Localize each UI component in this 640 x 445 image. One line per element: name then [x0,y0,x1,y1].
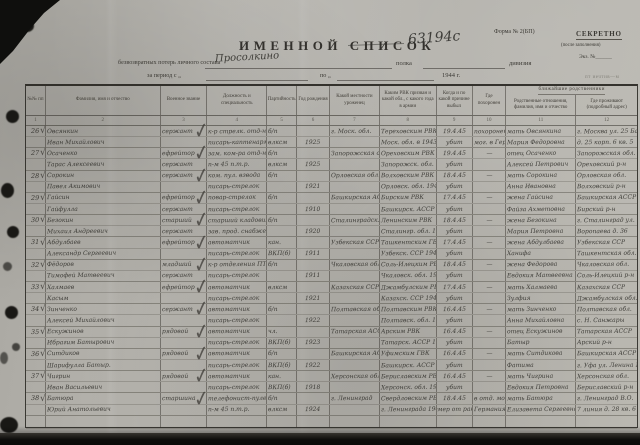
birthplace-cell [330,204,380,214]
birthplace-cell [330,226,380,236]
name-cell: Батюра [46,393,161,403]
handwritten-entry: влксм [268,139,287,146]
burial-cell: — [473,237,507,247]
handwritten-entry: Татарская АССР [577,328,632,336]
rvk-cell: Соль-Илецким РВК [380,260,437,270]
rvk-cell: Башкирск. АССР 1942 [380,204,437,214]
regiment-label: полка [396,60,412,67]
birthplace-cell [330,249,380,259]
header-loss-date: Когда и по какой причине выбыл [437,86,473,115]
handwritten-entry: Узбекская ССР [331,239,379,247]
birth-year-cell [297,349,330,359]
loss-date-cell: убит [437,182,473,192]
col-number: 7 [330,116,380,125]
handwritten-entry: рядовой [162,350,188,357]
relative-cell: жена Безокина [506,215,576,225]
handwritten-entry: зав. прод. снабжен. [208,227,267,235]
handwritten-entry: 1922 [305,361,320,368]
handwritten-entry: 26 [31,127,39,135]
handwritten-entry: писарь-стрелок [208,205,259,213]
handwritten-entry: Сталингр. обл. 1941 [381,227,437,235]
relative-cell: Анна Михайловна [506,315,576,325]
position-cell: зам. ком-ра отд-ния [207,148,267,158]
handwritten-entry: Гайсин [47,194,70,201]
address-cell: Башкирская АССР [576,193,637,203]
handwritten-entry: рядовой [162,373,188,380]
handwritten-entry: 27 [31,149,39,157]
handwritten-entry: Башкирская АССР [331,194,380,202]
table-row-line: 37Чигринрядовойавтоматчиккан.Херсонская … [26,371,637,382]
table-row-line: Иван Михайловичписарь-каптенарм.влксм192… [26,137,637,148]
party-cell: б/п [267,215,297,225]
birth-year-cell: 1910 [297,204,330,214]
row-no-cell [26,360,46,370]
row-no-cell [26,293,46,303]
handwritten-entry: Казахская ССР [331,283,379,291]
handwritten-entry: 18.4.45 [443,217,466,224]
party-cell [267,182,297,192]
handwritten-entry: рядовой [162,328,188,335]
relative-cell: мать Овсянкина [506,126,576,136]
birth-year-cell: 1920 [297,226,330,236]
handwritten-entry: Александр Сергеевич [47,250,116,258]
loss-date-cell: 16.4.45 [437,371,473,381]
relative-cell: Ханифа [506,249,576,259]
handwritten-entry: ВКП(б) [268,361,291,368]
rvk-cell: Сталингр. обл. 1941 [380,226,437,236]
loss-date-cell: 17.4.45 [437,282,473,292]
subtitle-losses-label: безвозвратных потерь личного состава [118,59,220,66]
handwritten-entry: Волховский р-н [577,183,626,191]
position-cell: п-м 45 п.т.р. [207,405,267,415]
name-cell: Касым [46,293,161,303]
birthplace-cell [330,182,380,192]
handwritten-entry: Алексей Михайлович [47,317,115,325]
name-cell: Тимофей Матвеевич [46,271,161,281]
handwritten-entry: Башкирская АССР [577,350,636,358]
table-row-line: 33ХалмаевефрейторавтоматчиквлксмКазахска… [26,282,637,293]
handwritten-entry: г. Уфа ул. Ленина 12 [577,361,637,369]
loss-date-cell: 19.4.45 [437,148,473,158]
handwritten-entry: писарь-стрелок [208,317,259,325]
name-cell: Александр Сергеевич [46,249,161,259]
position-cell: автоматчик [207,282,267,292]
handwritten-entry: 1911 [305,272,320,279]
name-cell: Шарифулла Батыр. [46,360,161,370]
birth-year-cell: 1925 [297,137,330,147]
position-cell: писарь-стрелок [207,293,267,303]
birthplace-cell: Башкирская АССР [330,349,380,359]
handwritten-entry: Казахская ССР [577,283,625,291]
handwritten-entry: — [473,217,504,224]
handwritten-entry: 7 линия д. 28 кв. 6 [577,406,636,414]
handwritten-entry: ком. пул. взвода [208,172,260,180]
handwritten-entry: к-р отделения ПТР [208,261,267,269]
handwritten-entry: мог. в Германии [473,138,506,146]
address-cell: Полтавская обл. [576,304,637,314]
handwritten-entry: Джамбулским РВК [381,283,437,291]
handwritten-entry: п-м 45 п.т.р. [208,161,250,168]
pencil-tick-icon: √ [40,395,46,404]
birthplace-cell [330,137,380,147]
burial-cell [473,159,507,169]
handwritten-entry: Мария Федоровна [507,138,565,146]
handwritten-entry: Ореховский р-н [577,161,626,169]
position-cell: ком. пул. взвода [207,171,267,181]
name-cell: Зинченко [46,304,161,314]
handwritten-entry: Касым [47,295,69,302]
table-body: 26Овсянкинсержантк-р стрелк. отд-нияб/пг… [26,126,637,429]
handwritten-entry: 1923 [305,339,320,346]
address-cell: г. Уфа ул. Ленина 12 [576,360,637,370]
position-cell: писарь-стрелок [207,360,267,370]
birth-year-cell [297,193,330,203]
rvk-cell: Казахск. ССР 1942 [380,293,437,303]
handwritten-entry: — [473,239,504,246]
address-cell: 7 линия д. 28 кв. 6 [576,405,637,415]
position-cell: к-р стрелк. отд-ния [207,126,267,136]
table-row-line: 31Абдулбаевефрейторавтоматчиккан.Узбекск… [26,237,637,248]
rvk-cell: Ленинским РВК [380,215,437,225]
name-cell: Чигрин [46,371,161,381]
col-number: 9 [437,116,473,125]
name-cell: Безокин [46,215,161,225]
address-cell: Запорожская обл. [576,148,637,158]
address-cell: Узбекская ССР [576,237,637,247]
rvk-cell: Запорожск. обл. 1943 [380,159,437,169]
name-cell: Павел Акимович [46,182,161,192]
handwritten-entry: убит [446,361,463,368]
burial-cell [473,204,507,214]
address-cell: Чкаловская обл. [576,260,637,270]
birth-year-cell: 1921 [297,293,330,303]
handwritten-entry: 16.4.45 [443,373,466,380]
table-row-line: 34Зинченкосержантавтоматчикб/пПолтавская… [26,304,637,315]
ink-blot [1,183,14,198]
relative-cell: мать Зинченко [506,304,576,314]
handwritten-entry: Чигрин [47,373,70,380]
address-cell: Татарская АССР [576,327,637,337]
handwritten-entry: Джамбулская обл. [577,294,637,302]
burial-cell: мог. в Германии [473,137,507,147]
handwritten-entry: Батюра [47,395,73,402]
table-header-row: №№ пп Фамилия, имя и отчество Военное зв… [26,86,637,116]
handwritten-entry: б/п [268,261,278,268]
handwritten-entry: ефрейтор [162,283,195,290]
handwritten-entry: Германия [473,406,505,413]
handwritten-entry: г. Моск. обл. [331,127,371,134]
relative-cell: Файза Ахметовна [506,204,576,214]
table-row-line: 32Фёдоровмладшийк-р отделения ПТРб/пЧкал… [26,260,637,271]
handwritten-entry: писарь-каптенарм. [208,138,267,146]
address-cell: Башкирская АССР [576,349,637,359]
party-cell [267,293,297,303]
division-label: дивизия [509,60,531,67]
birthplace-cell [330,271,380,281]
birth-year-cell [297,327,330,337]
position-cell: писарь-стрелок [207,204,267,214]
party-cell: б/п [267,393,297,403]
ink-blot [0,352,8,364]
pencil-tick-icon: √ [40,127,46,136]
party-cell: ВКП(б) [267,382,297,392]
position-cell: телефонист-пулеметч. [207,393,267,403]
handwritten-entry: убит [446,139,463,146]
casualty-table: №№ пп Фамилия, имя и отчество Военное зв… [25,84,638,428]
handwritten-entry: автоматчик [208,372,250,379]
handwritten-entry: убит [446,339,463,346]
handwritten-entry: Файза Ахметовна [507,205,565,213]
table-row-line: Тарас Алексеевичсержантп-м 45 п.т.р.влкс… [26,159,637,170]
handwritten-entry: ВКП(б) [268,384,291,391]
ink-blot [7,226,19,238]
handwritten-entry: б/п [268,194,278,201]
birthplace-cell: Херсонская обл. [330,371,380,381]
handwritten-entry: старший [162,217,192,224]
handwritten-entry: Михаил Андреевич [47,228,108,236]
burial-cell: — [473,371,507,381]
handwritten-entry: зам. ком-ра отд-ния [208,149,267,157]
handwritten-entry: 1924 [305,406,320,413]
handwritten-entry: отец Ескужинов [507,328,563,336]
handwritten-entry: похоронен в братск. [473,127,506,135]
col-number: 10 [473,116,507,125]
header-party: Партийность [267,86,297,115]
relative-cell: Алексей Петрович [506,159,576,169]
period-from-label: за период с „ [147,72,181,79]
relative-cell: мать Халмаева [506,282,576,292]
table-row-line: Ибрагим Батыровичписарь-стрелокВКП(б)192… [26,338,637,349]
col-number: 2 [46,116,161,125]
handwritten-entry: в отд. могиле [473,395,506,402]
table-row-line: 27Осаченкоефрейторзам. ком-ра отд-нияб/п… [26,148,637,159]
handwritten-entry: — [473,283,504,290]
rvk-cell: Башкирск. АССР 1941 [380,360,437,370]
name-cell: Юрий Анатольевич [46,405,161,415]
relative-cell: мать Ситдикова [506,349,576,359]
party-cell [267,226,297,236]
table-row-line: 30Безокинстаршийстарший кладовщикб/пСтал… [26,215,637,226]
birthplace-cell: Сталинградск. обл. [330,215,380,225]
address-cell: Бирский р-н [576,204,637,214]
table-row-line: Юрий Анатольевичп-м 45 п.т.р.влксм1924г.… [26,405,637,416]
name-cell: Иван Васильевич [46,382,161,392]
birthplace-cell: Полтавская обл. [330,304,380,314]
rvk-cell: Волховским РВК [380,171,437,181]
rvk-cell: Полтавск. обл. 1943 [380,315,437,325]
handwritten-entry: писарь-стрелок [208,183,259,191]
loss-date-cell: убит [437,159,473,169]
party-cell: ВКП(б) [267,249,297,259]
name-cell: Халмаев [46,282,161,292]
row-no-cell [26,315,46,325]
handwritten-entry: Бирским РВК [381,194,424,201]
rvk-cell: Херсонск. обл. 1944 [380,382,437,392]
table-row-line: Павел Акимовичписарь-стрелок1921Орловск.… [26,182,637,193]
address-cell: Орловская обл. [576,171,637,181]
handwritten-entry: убит [446,295,463,302]
handwritten-entry: — [473,150,504,157]
loss-date-cell: убит [437,271,473,281]
position-cell: автоматчик [207,237,267,247]
form-number: Форма № 2(БП) [494,29,535,35]
rvk-cell: г. Ленинграда 1942 [380,405,437,415]
handwritten-entry: Ташкентским ГВК [381,239,437,247]
position-cell: писарь-стрелок [207,315,267,325]
handwritten-entry: — [473,306,504,313]
burial-cell [473,226,507,236]
burial-cell [473,360,507,370]
position-cell: п-м 45 п.т.р. [207,159,267,169]
burial-cell: Германия [473,405,507,415]
handwritten-entry: Татарск. АССР 1942 [381,339,437,347]
handwritten-entry: Сталинградск. обл. [331,216,380,224]
loss-date-cell: 16.4.45 [437,349,473,359]
row-no-cell [26,249,46,259]
handwritten-entry: жена Федорова [507,261,557,269]
name-cell: Сорокин [46,171,161,181]
party-cell: б/п [267,304,297,314]
birth-year-cell: 1921 [297,182,330,192]
burial-cell [473,271,507,281]
position-cell: писарь-стрелок [207,338,267,348]
handwritten-entry: сержант [162,272,193,279]
handwritten-entry: Елизавета Сергеевна [507,406,576,414]
handwritten-entry: влксм [268,161,287,168]
handwritten-entry: Ситдиков [47,350,80,357]
handwritten-entry: д. 25 корп. 6 кв. 5 [577,138,633,146]
address-cell: Ореховский р-н [576,159,637,169]
handwritten-entry: Полтавским РВК [381,306,437,314]
table-row-line: Тимофей Матвеевичсержантписарь-стрелок19… [26,271,637,282]
table-row-line: 38Батюрастаршинателефонист-пулеметч.б/пг… [26,393,637,404]
position-cell: автоматчик [207,327,267,337]
rvk-cell: Татарск. АССР 1942 [380,338,437,348]
handwritten-entry: Полтавская обл. [577,306,632,314]
address-cell: с. Н. Санжары [576,315,637,325]
handwritten-entry: убит [446,384,463,391]
handwritten-entry: Татарская АССР [331,328,380,336]
pencil-tick-icon: √ [40,216,46,225]
pencil-tick-icon: √ [40,372,46,381]
handwritten-entry: умер от ран [437,406,473,413]
relative-cell: отец Осаченко [506,148,576,158]
name-cell: Михаил Андреевич [46,226,161,236]
handwritten-entry: — [473,172,504,179]
position-cell: автоматчик [207,349,267,359]
loss-date-cell: 16.4.45 [437,327,473,337]
relative-cell: Евдокия Матвеевна [506,271,576,281]
address-cell: Казахская ССР [576,282,637,292]
burial-cell: — [473,282,507,292]
position-cell: писарь-стрелок [207,382,267,392]
handwritten-entry: 1911 [305,250,320,257]
handwritten-entry: Фатима [507,361,534,368]
name-cell: Гайфулла [46,204,161,214]
handwritten-entry: 16.4.45 [443,306,466,313]
table-row-line: 26Овсянкинсержантк-р стрелк. отд-нияб/пг… [26,126,637,137]
birthplace-cell [330,338,380,348]
handwritten-entry: мать Халмаева [507,283,557,291]
rvk-cell: Чкаловск. обл. 1941 [380,271,437,281]
handwritten-entry: г. Ленинград [331,395,373,402]
position-cell: писарь-стрелок [207,271,267,281]
address-cell: Херсонская обл. [576,371,637,381]
address-cell: Ташкентская обл. [576,249,637,259]
handwritten-entry: Шарифулла Батыр. [47,361,111,369]
party-cell: ВКП(б) [267,338,297,348]
handwritten-entry: 1925 [305,139,320,146]
handwritten-entry: убит [446,250,463,257]
blank-line [205,68,392,69]
handwritten-entry: Башкирская АССР [577,194,636,202]
handwritten-entry: убит [446,161,463,168]
loss-date-cell: убит [437,360,473,370]
rvk-cell: Арским РВК [380,327,437,337]
relative-cell: Елизавета Сергеевна [506,405,576,415]
relative-cell: мать Сорокина [506,171,576,181]
handwritten-entry: влксм [268,283,287,290]
header-birthplace: Какой местности уроженец [330,86,380,115]
handwritten-entry: сержант [162,228,193,235]
party-cell: чл. [267,327,297,337]
handwritten-entry: 37 [31,372,39,380]
handwritten-entry: Свердловским РВК [381,395,437,403]
address-cell: Арский р-н [576,338,637,348]
handwritten-entry: Арский р-н [577,339,612,346]
handwritten-entry: 1910 [305,205,320,212]
birth-year-cell [297,126,330,136]
ink-blot [3,262,12,271]
handwritten-entry: б/п [268,395,278,402]
faint-margin-note: пт иечтив—м [585,75,619,80]
burial-cell: — [473,327,507,337]
handwritten-entry: г. Сталинград ул. [577,216,635,224]
column-numbers-row: 1 2 3 4 5 6 7 8 9 10 11 12 [26,116,637,126]
party-cell: б/п [267,193,297,203]
address-cell: г. Ленинград В.О. [576,393,637,403]
birth-year-cell: 1923 [297,338,330,348]
name-cell: Овсянкин [46,126,161,136]
handwritten-entry: Соль-Илецким РВК [381,261,437,269]
address-cell: г. Сталинград ул. [576,215,637,225]
handwritten-entry: 29 [31,194,39,202]
name-cell: Иван Михайлович [46,137,161,147]
handwritten-entry: Чкаловская обл. [331,261,380,269]
handwritten-entry: Абдулбаев [47,239,81,246]
table-row-line: Гайфулласержантписарь-стрелок1910Башкирс… [26,204,637,215]
birth-year-cell: 1924 [297,405,330,415]
burial-cell: — [473,349,507,359]
party-cell: кан. [267,371,297,381]
rvk-cell: Узбекск. ССР 1941 [380,249,437,259]
header-birth-year: Год рождения [297,86,330,115]
handwritten-entry: младший [162,261,192,268]
birth-year-cell: 1911 [297,249,330,259]
handwritten-entry: Запорожская обл. [577,150,636,158]
party-cell: б/п [267,126,297,136]
address-cell: Воропаева д. 36 [576,226,637,236]
handwritten-entry: мать Чигрина [507,372,553,379]
handwritten-entry: Бериславский р-н [577,384,633,392]
relative-cell: Зулфия [506,293,576,303]
birth-year-cell [297,237,330,247]
handwritten-entry: Фёдоров [47,261,74,268]
loss-date-cell: 18.4.45 [437,171,473,181]
handwritten-entry: Овсянкин [47,127,78,134]
handwritten-entry: убит [446,228,463,235]
handwritten-entry: 1922 [305,317,320,324]
